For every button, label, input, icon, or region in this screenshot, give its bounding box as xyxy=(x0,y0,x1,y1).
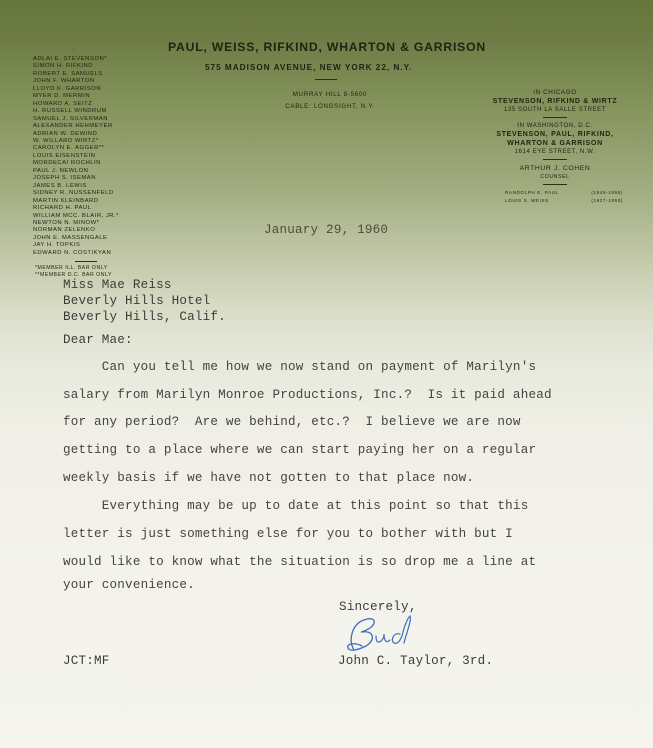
partner-name: William McC. Blair, Jr.* xyxy=(33,213,143,220)
partner-name: Mordecai Rochlin xyxy=(33,160,143,167)
footnote-ill-bar: *Member Ill. Bar Only xyxy=(35,265,143,272)
past-member-name: Randolph E. Paul xyxy=(505,189,559,197)
offices-block: In Chicago Stevenson, Rifkind & Wirtz 13… xyxy=(480,88,630,205)
chicago-firm: Stevenson, Rifkind & Wirtz xyxy=(480,97,630,106)
partner-name: Edward N. Costikyan xyxy=(33,250,143,257)
past-member-years: (1946-1956) xyxy=(591,189,623,197)
partner-name: John E. Massengale xyxy=(33,235,143,242)
chicago-label: In Chicago xyxy=(480,88,630,97)
past-member-row: Louis S. Weiss (1927-1950) xyxy=(480,197,630,205)
washington-address: 1614 Eye Street, N.W. xyxy=(480,148,630,156)
past-member-row: Randolph E. Paul (1946-1956) xyxy=(480,189,630,197)
offices-divider xyxy=(543,159,567,160)
recipient-line: Beverly Hills Hotel xyxy=(63,294,210,308)
body-line: for any period? Are we behind, etc.? I b… xyxy=(63,415,521,429)
body-line: getting to a place where we can start pa… xyxy=(63,443,536,457)
partner-name: Robert E. Samuels xyxy=(33,71,143,78)
partner-name: Jay H. Topkis xyxy=(33,242,143,249)
partner-name: Alexander Hehmeyer xyxy=(33,123,143,130)
partner-name: Richard H. Paul xyxy=(33,205,143,212)
counsel-name: Arthur J. Cohen xyxy=(480,164,630,173)
body-line: Can you tell me how we now stand on paym… xyxy=(63,360,536,374)
partner-name: Sidney R. Nussenfeld xyxy=(33,190,143,197)
signatory-name: John C. Taylor, 3rd. xyxy=(338,654,493,668)
washington-firm-line1: Stevenson, Paul, Rifkind, xyxy=(480,130,630,139)
partner-name: Martin Kleinbard xyxy=(33,198,143,205)
letter-date: January 29, 1960 xyxy=(264,223,388,237)
handwritten-signature: Bud xyxy=(340,610,415,660)
partner-name: Norman Zelenko xyxy=(33,227,143,234)
partner-name: Myer D. Mermin xyxy=(33,93,143,100)
phone-number: Murray Hill 8-5600 xyxy=(280,91,380,98)
washington-firm-line2: Wharton & Garrison xyxy=(480,139,630,148)
offices-divider xyxy=(543,117,567,118)
body-line: letter is just something else for you to… xyxy=(63,527,513,541)
partner-name: H. Russell Windrum xyxy=(33,108,143,115)
cable-address: Cable: Longsight, N.Y. xyxy=(280,103,380,110)
partner-name: Louis Eisenstein xyxy=(33,153,143,160)
partner-name: Newton N. Minow* xyxy=(33,220,143,227)
partner-name: Joseph S. Iseman xyxy=(33,175,143,182)
partner-name: Howard A. Seitz xyxy=(33,101,143,108)
body-line: Everything may be up to date at this poi… xyxy=(63,499,528,513)
recipient-line: Beverly Hills, Calif. xyxy=(63,310,226,324)
partner-name: Lloyd K. Garrison xyxy=(33,86,143,93)
washington-label: In Washington, D.C. xyxy=(480,122,630,130)
recipient-line: Miss Mae Reiss xyxy=(63,278,172,292)
partner-name: W. Willard Wirtz* xyxy=(33,138,143,145)
chicago-address: 135 South La Salle Street xyxy=(480,106,630,114)
body-line: weekly basis if we have not gotten to th… xyxy=(63,471,474,485)
partner-name: Paul J. Newlon xyxy=(33,168,143,175)
firm-name: Paul, Weiss, Rifkind, Wharton & Garrison xyxy=(168,40,488,54)
partner-name: Simon H. Rifkind xyxy=(33,63,143,70)
partner-name: Adrian W. DeWind xyxy=(33,131,143,138)
partner-name: James B. Lewis xyxy=(33,183,143,190)
body-line: your convenience. xyxy=(63,578,195,592)
offices-divider xyxy=(543,184,567,185)
salutation: Dear Mae: xyxy=(63,333,133,347)
reference-initials: JCT:MF xyxy=(63,654,110,668)
partner-name: Adlai E. Stevenson* xyxy=(33,56,143,63)
body-line: salary from Marilyn Monroe Productions, … xyxy=(63,388,552,402)
header-divider xyxy=(315,79,337,80)
partners-divider xyxy=(75,261,97,262)
body-line: would like to know what the situation is… xyxy=(63,555,536,569)
counsel-title: Counsel xyxy=(480,173,630,181)
partner-name: John F. Wharton xyxy=(33,78,143,85)
firm-address: 575 Madison Avenue, New York 22, N.Y. xyxy=(205,63,412,72)
partner-name: Samuel J. Silverman xyxy=(33,116,143,123)
partners-list: ′ Adlai E. Stevenson*Simon H. RifkindRob… xyxy=(33,50,143,279)
past-member-years: (1927-1950) xyxy=(591,197,623,205)
partner-name: Carolyn E. Agger** xyxy=(33,145,143,152)
past-member-name: Louis S. Weiss xyxy=(505,197,549,205)
